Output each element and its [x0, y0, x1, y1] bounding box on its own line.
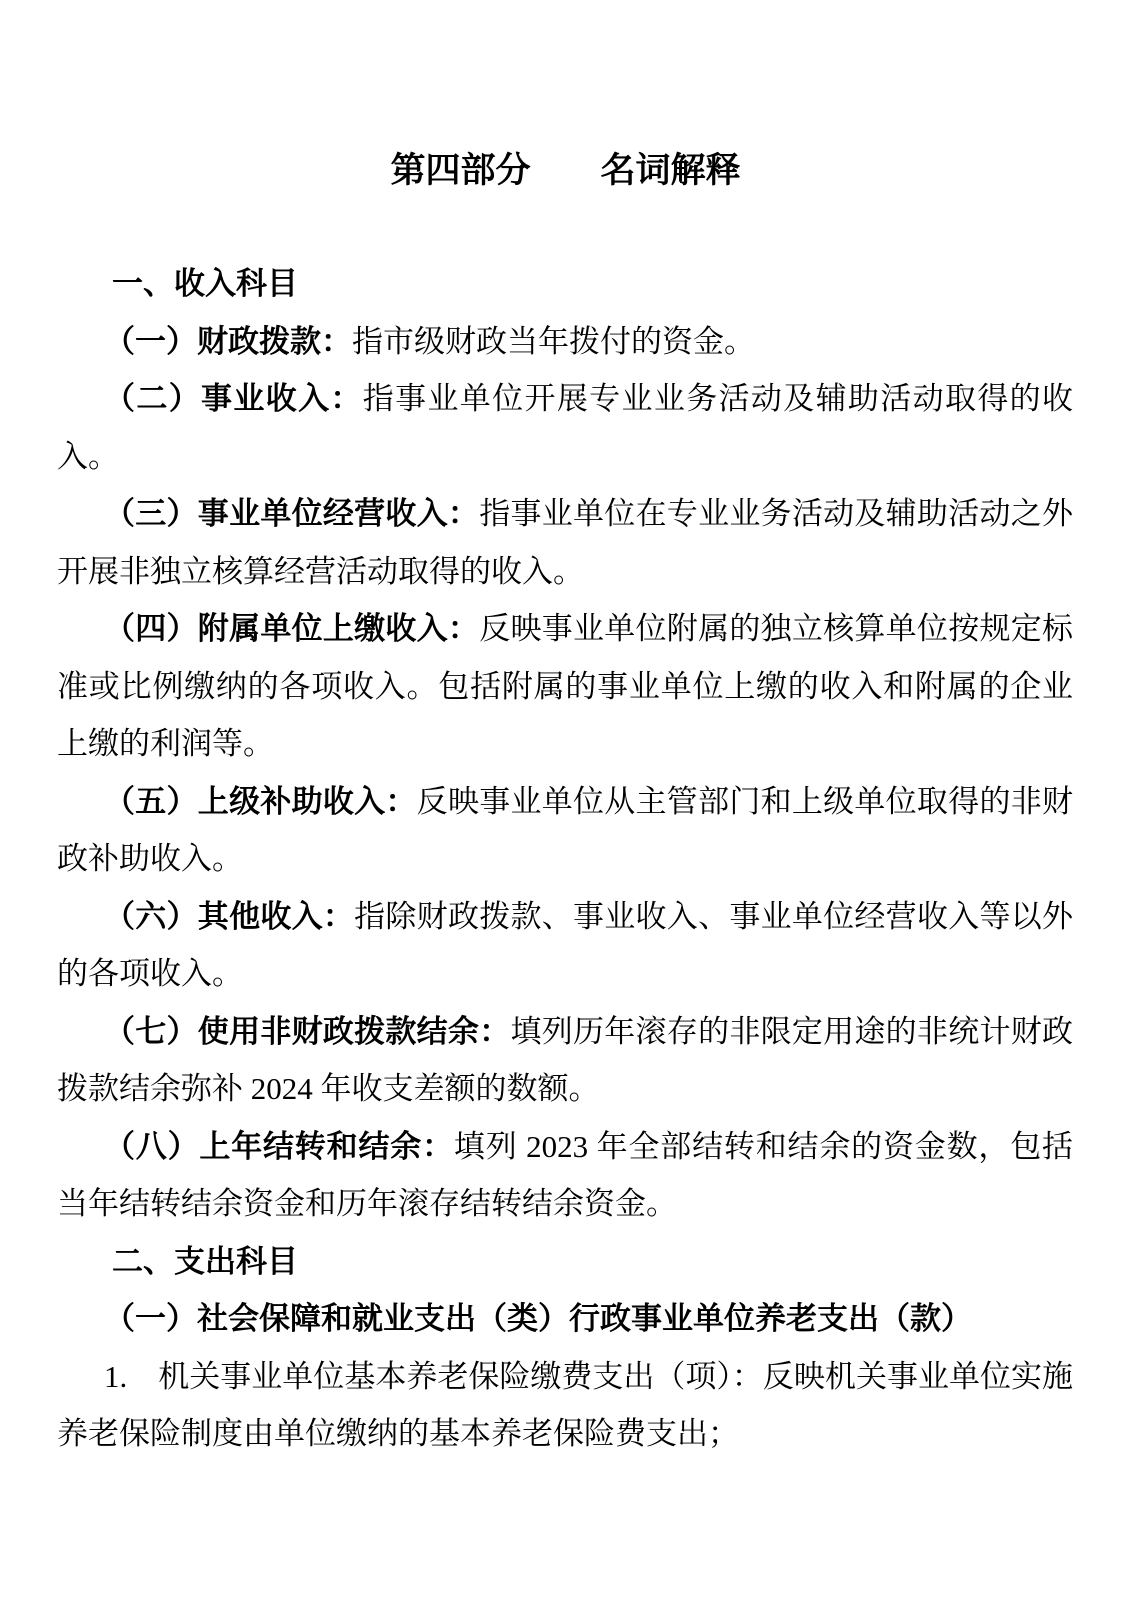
term-label: （八）上年结转和结余： — [104, 1129, 454, 1164]
term-label: （四）附属单位上缴收入： — [104, 611, 479, 646]
definition-other-income: （六）其他收入：指除财政拨款、事业收入、事业单位经营收入等以外的各项收入。 — [57, 888, 1073, 1003]
term-label: （六）其他收入： — [104, 899, 354, 934]
section-heading-income: 一、收入科目 — [57, 255, 1073, 313]
definition-non-fiscal-balance: （七）使用非财政拨款结余：填列历年滚存的非限定用途的非统计财政拨款结余弥补 20… — [57, 1003, 1073, 1118]
term-label: （三）事业单位经营收入： — [104, 496, 479, 531]
expenditure-category-line: （一）社会保障和就业支出（类）行政事业单位养老支出（款） — [57, 1290, 1073, 1348]
definition-operating-income: （二）事业收入：指事业单位开展专业业务活动及辅助活动取得的收入。 — [57, 370, 1073, 485]
definition-business-operating-income: （三）事业单位经营收入：指事业单位在专业业务活动及辅助活动之外开展非独立核算经营… — [57, 485, 1073, 600]
document-title: 第四部分 名词解释 — [0, 0, 1131, 192]
term-label: （一）财政拨款： — [104, 324, 352, 359]
document-body: 一、收入科目 （一）财政拨款：指市级财政当年拨付的资金。 （二）事业收入：指事业… — [57, 255, 1073, 1463]
expenditure-item-pension-contribution: 1. 机关事业单位基本养老保险缴费支出（项）：反映机关事业单位实施养老保险制度由… — [57, 1348, 1073, 1463]
term-label: （七）使用非财政拨款结余： — [104, 1014, 510, 1049]
definition-superior-subsidy-income: （五）上级补助收入：反映事业单位从主管部门和上级单位取得的非财政补助收入。 — [57, 773, 1073, 888]
definition-fiscal-appropriation: （一）财政拨款：指市级财政当年拨付的资金。 — [57, 313, 1073, 371]
term-label: （五）上级补助收入： — [104, 784, 417, 819]
term-label: （二）事业收入： — [104, 381, 363, 416]
definition-subsidiary-remitted-income: （四）附属单位上缴收入：反映事业单位附属的独立核算单位按规定标准或比例缴纳的各项… — [57, 600, 1073, 773]
section-heading-expenditure: 二、支出科目 — [57, 1233, 1073, 1291]
term-definition: 指市级财政当年拨付的资金。 — [352, 324, 755, 359]
definition-carryover-balance: （八）上年结转和结余：填列 2023 年全部结转和结余的资金数，包括当年结转结余… — [57, 1118, 1073, 1233]
document-page: 第四部分 名词解释 一、收入科目 （一）财政拨款：指市级财政当年拨付的资金。 （… — [0, 0, 1131, 1600]
